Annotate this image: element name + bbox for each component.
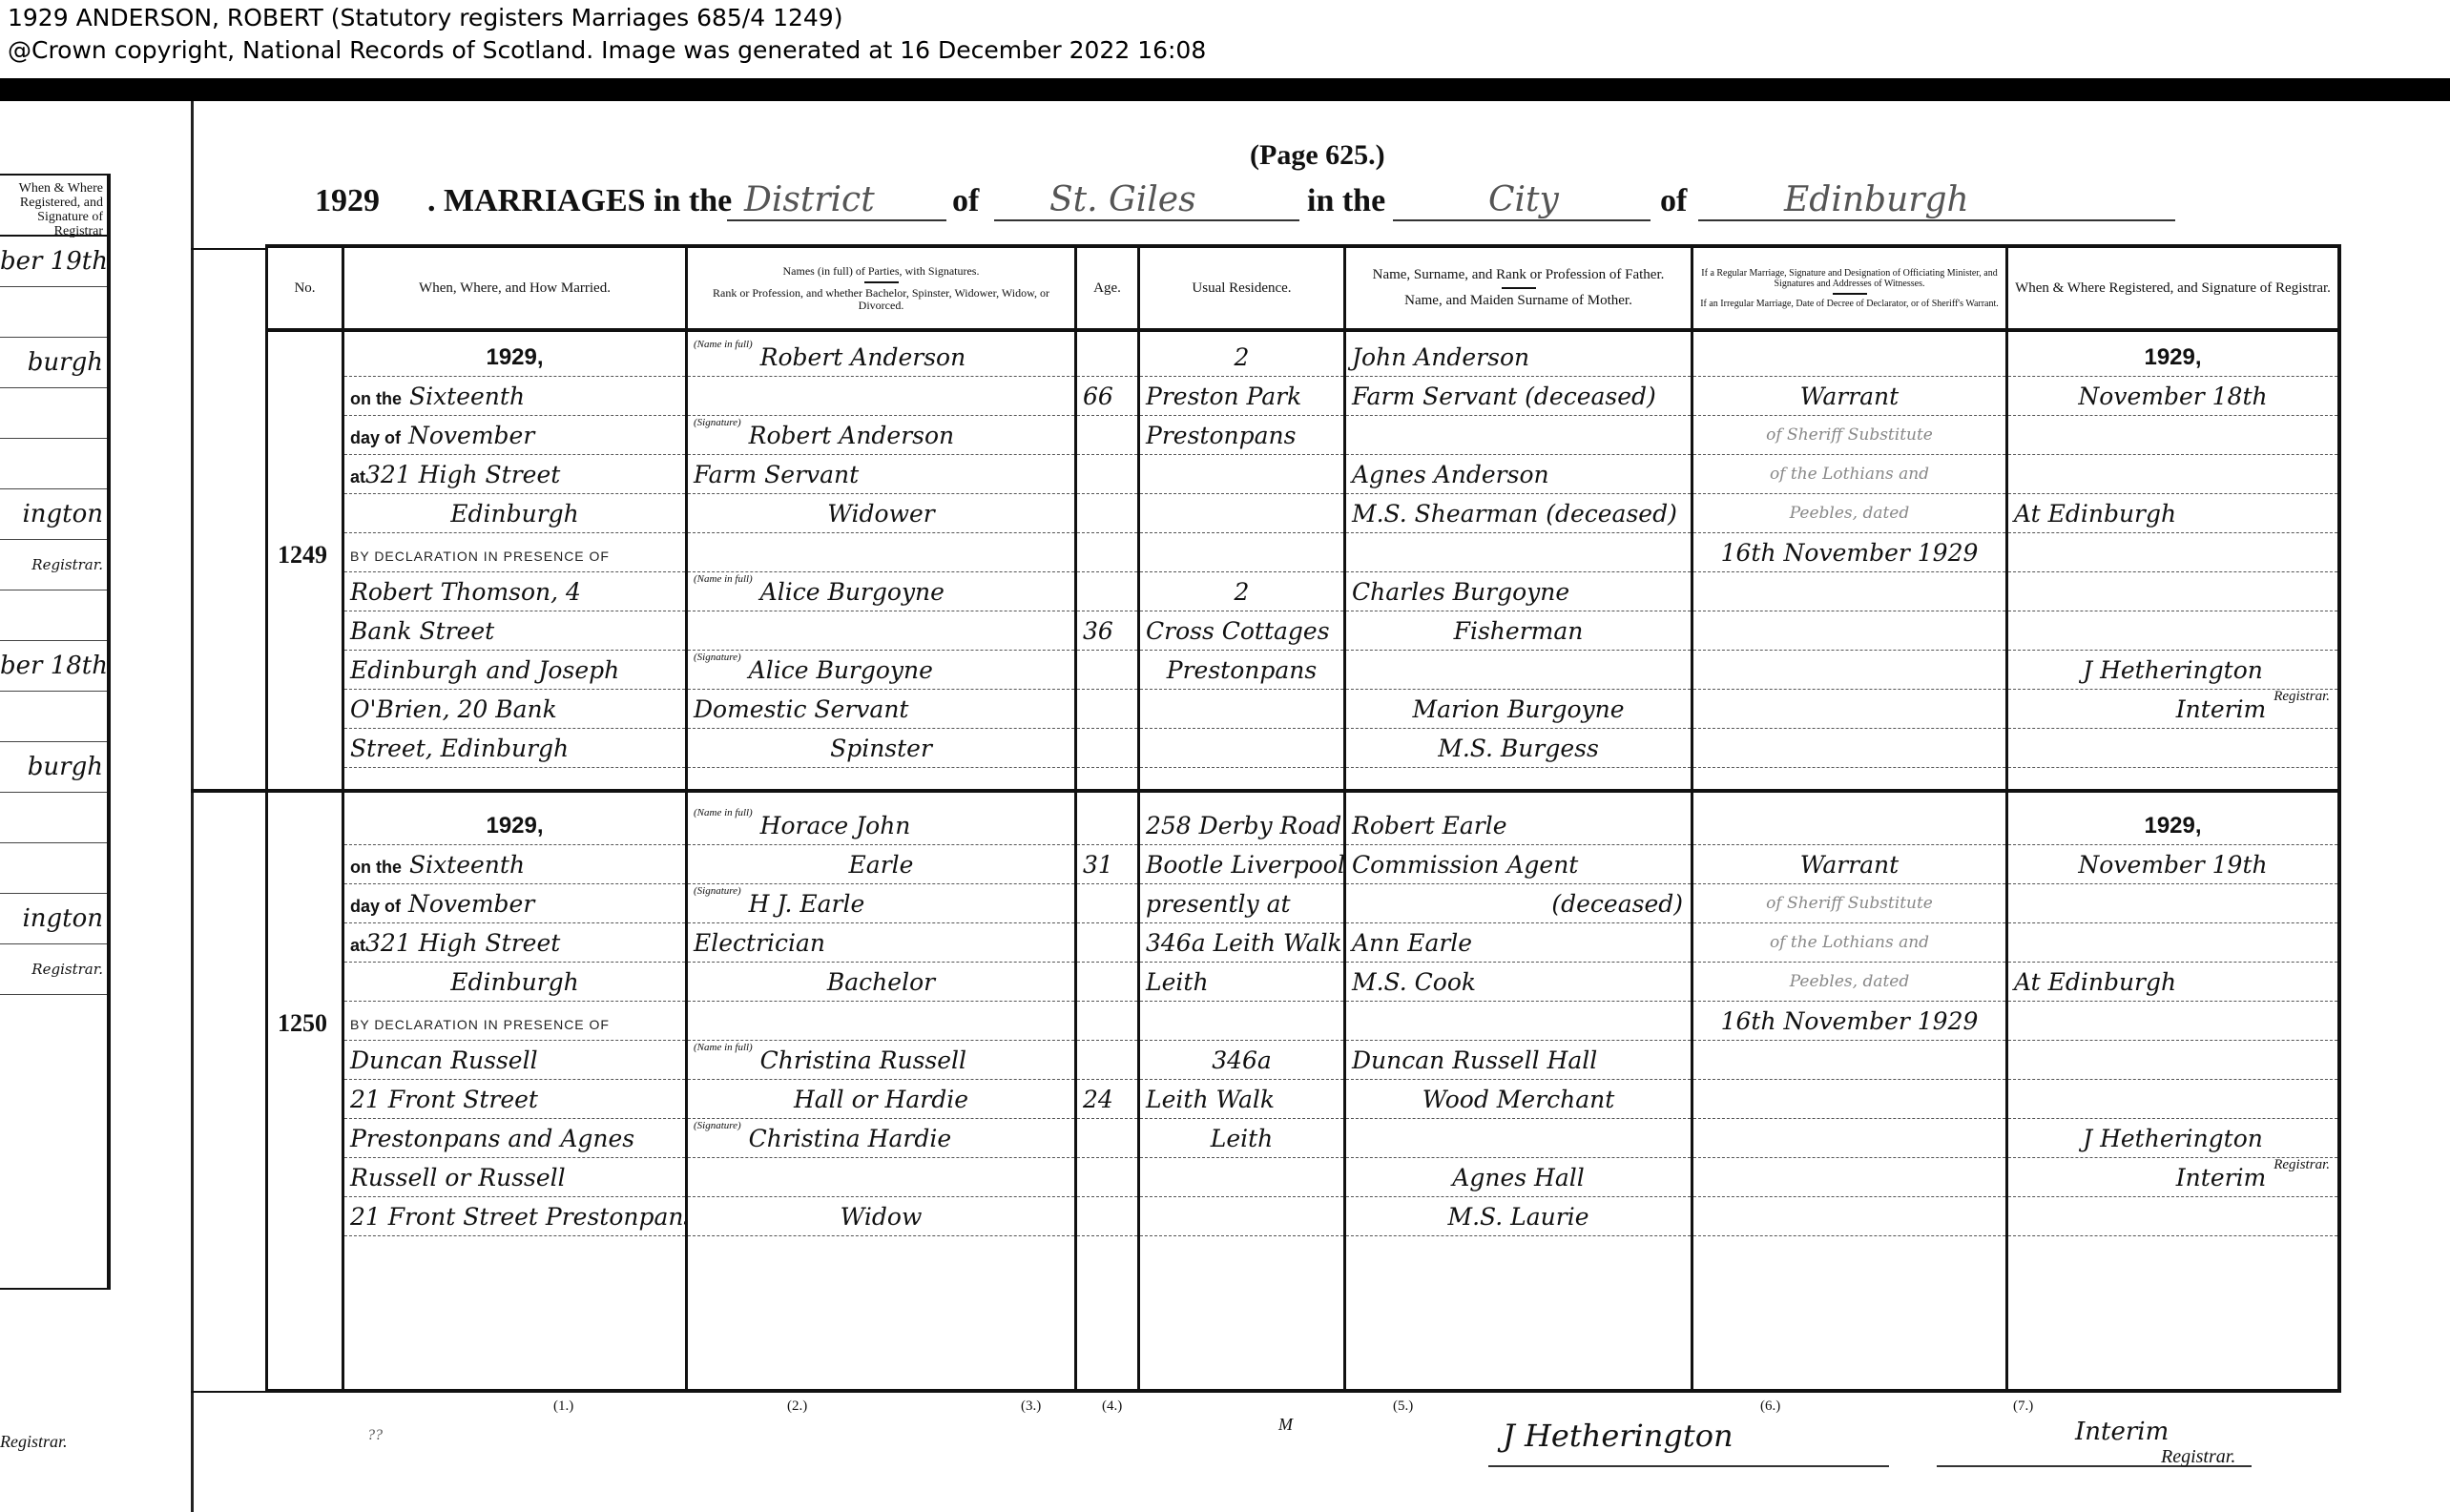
column-number: (3.): [1021, 1398, 1041, 1415]
groom-name: (Name in full) Robert Anderson: [688, 338, 1074, 377]
bride-mother: Marion Burgoyne: [1346, 690, 1691, 729]
col-no: No.: [265, 248, 342, 1389]
blank-line: [1693, 338, 2005, 377]
marriage-place: at321 High Street: [344, 923, 685, 963]
groom-signature: (Signature) H J. Earle: [688, 884, 1074, 923]
heading-text: . MARRIAGES in the: [427, 183, 732, 219]
blank-line: [2008, 729, 2337, 768]
marriage-place: at321 High Street: [344, 455, 685, 494]
underline: [1698, 219, 2175, 221]
heading-year: 1929: [315, 183, 380, 219]
registrar-title: Interim Registrar.: [2008, 690, 2337, 729]
bride-status: Spinster: [688, 729, 1074, 768]
bride-residence-line: Cross Cottages: [1140, 611, 1343, 651]
entry-number: 1250: [265, 1009, 340, 1038]
blank-line: [2008, 611, 2337, 651]
blank-line: [2008, 572, 2337, 611]
registrar-signature: J Hetherington: [2008, 651, 2337, 690]
groom-age: 31: [1077, 845, 1137, 884]
header-residence: Usual Residence.: [1140, 248, 1343, 332]
witness-line: Russell or Russell: [344, 1158, 685, 1197]
blank-line: [1693, 690, 2005, 729]
groom-father: John Anderson: [1346, 338, 1691, 377]
groom-residence-line: [1140, 455, 1343, 494]
blank-line: [1077, 884, 1137, 923]
warrant-line: of Sheriff Substitute: [1693, 416, 2005, 455]
bride-name-cont: Hall or Hardie: [688, 1080, 1074, 1119]
header-age: Age.: [1077, 248, 1137, 332]
witness-line: O'Brien, 20 Bank: [344, 690, 685, 729]
blank-line: [1077, 806, 1137, 845]
previous-page-line: ington: [0, 489, 107, 540]
header-regular-irregular: If a Regular Marriage, Signature and Des…: [1693, 248, 2005, 332]
col-registered: When & Where Registered, and Signature o…: [2005, 248, 2337, 1389]
groom-rank: Farm Servant: [688, 455, 1074, 494]
in-the-label: in the: [1307, 183, 1385, 219]
groom-mother: Ann Earle: [1346, 923, 1691, 963]
blank-line: [2008, 1080, 2337, 1119]
groom-signature: (Signature) Robert Anderson: [688, 416, 1074, 455]
bride-residence-line: Leith: [1140, 1119, 1343, 1158]
header-when-where: When, Where, and How Married.: [344, 248, 685, 332]
warrant-date: 16th November 1929: [1693, 533, 2005, 572]
col-parents: Name, Surname, and Rank or Profession of…: [1343, 248, 1691, 1389]
groom-residence-line: Leith: [1140, 963, 1343, 1002]
margin-mark: ??: [367, 1427, 383, 1444]
blank-line: [1077, 729, 1137, 768]
blank-line: [1077, 1119, 1137, 1158]
bride-residence-line: [1140, 1197, 1343, 1236]
blank-line: [1346, 533, 1691, 572]
blank-line: [1693, 611, 2005, 651]
marriage-year: 1929,: [344, 806, 685, 845]
marriage-town: Edinburgh: [344, 494, 685, 533]
entry-separator: [191, 789, 2337, 793]
bride-name: (Name in full) Alice Burgoyne: [688, 572, 1074, 611]
of-label-2: of: [1660, 183, 1687, 219]
column-number: (6.): [1760, 1398, 1780, 1415]
groom-mother: Agnes Anderson: [1346, 455, 1691, 494]
registrar-signature: J Hetherington: [1503, 1418, 1734, 1454]
col-names: Names (in full) of Parties, with Signatu…: [685, 248, 1074, 1389]
bride-mother-maiden: M.S. Burgess: [1346, 729, 1691, 768]
blank-line: [1077, 651, 1137, 690]
registrar-label: Registrar.: [2161, 1446, 2235, 1468]
previous-page-line: burgh: [0, 742, 107, 793]
scan-border: [0, 78, 2450, 101]
groom-residence-line: 258 Derby Road: [1140, 806, 1343, 845]
blank-line: [1077, 416, 1137, 455]
bride-father: Charles Burgoyne: [1346, 572, 1691, 611]
groom-status: Bachelor: [688, 963, 1074, 1002]
district-type: District: [744, 180, 875, 219]
groom-name-cont: Earle: [688, 845, 1074, 884]
copyright-notice: @Crown copyright, National Records of Sc…: [8, 36, 1206, 64]
witness-line: 21 Front Street: [344, 1080, 685, 1119]
blank-line: [1346, 1002, 1691, 1041]
blank-line: [2008, 455, 2337, 494]
previous-page-line: [0, 843, 107, 894]
bride-mother-maiden: M.S. Laurie: [1346, 1197, 1691, 1236]
witness-line: Robert Thomson, 4: [344, 572, 685, 611]
record-title: 1929 ANDERSON, ROBERT (Statutory registe…: [8, 4, 842, 31]
witness-line: 21 Front Street Prestonpans: [344, 1197, 685, 1236]
groom-residence-line: [1140, 494, 1343, 533]
blank-line: [1693, 1158, 2005, 1197]
witness-line: Duncan Russell: [344, 1041, 685, 1080]
signature-line: [1488, 1465, 1889, 1467]
marriage-town: Edinburgh: [344, 963, 685, 1002]
blank-line: [2008, 1002, 2337, 1041]
registrar-signature: J Hetherington: [2008, 1119, 2337, 1158]
previous-page-line: [0, 692, 107, 742]
column-number: (7.): [2013, 1398, 2033, 1415]
marriage-day: on the Sixteenth: [344, 377, 685, 416]
blank-line: [1140, 533, 1343, 572]
groom-father-note: (deceased): [1346, 884, 1691, 923]
registration-date: November 19th: [2008, 845, 2337, 884]
witness-line: Prestonpans and Agnes: [344, 1119, 685, 1158]
blank-line: [1077, 1197, 1137, 1236]
warrant-line: Warrant: [1693, 377, 2005, 416]
bride-father-rank: Fisherman: [1346, 611, 1691, 651]
blank-line: [2008, 884, 2337, 923]
blank-line: [1077, 1002, 1137, 1041]
blank-line: [1077, 494, 1137, 533]
col-residence: Usual Residence. 2Preston ParkPrestonpan…: [1137, 248, 1343, 1389]
groom-rank: Electrician: [688, 923, 1074, 963]
bride-signature: (Signature) Alice Burgoyne: [688, 651, 1074, 690]
witness-line: Street, Edinburgh: [344, 729, 685, 768]
bride-signature: (Signature) Christina Hardie: [688, 1119, 1074, 1158]
col-regular-irregular: If a Regular Marriage, Signature and Des…: [1691, 248, 2005, 1389]
bride-residence-line: 346a: [1140, 1041, 1343, 1080]
area-type: City: [1488, 180, 1559, 219]
blank-line: [1077, 338, 1137, 377]
blank-line: [1077, 690, 1137, 729]
entry-number: 1249: [265, 541, 340, 570]
previous-page-registrar: Registrar.: [0, 1432, 68, 1452]
bride-father: Duncan Russell Hall: [1346, 1041, 1691, 1080]
header-parents: Name, Surname, and Rank or Profession of…: [1346, 248, 1691, 332]
area-name: Edinburgh: [1784, 180, 1969, 219]
bride-rank: Domestic Servant: [688, 690, 1074, 729]
warrant-line: Warrant: [1693, 845, 2005, 884]
blank-line: [1077, 1041, 1137, 1080]
bride-status: Widow: [688, 1197, 1074, 1236]
column-number: (2.): [787, 1398, 807, 1415]
bride-mother: Agnes Hall: [1346, 1158, 1691, 1197]
blank-line: [1077, 572, 1137, 611]
header-no: No.: [268, 248, 342, 332]
marriage-month: day of November: [344, 416, 685, 455]
blank-line: [1077, 923, 1137, 963]
bride-age: 36: [1077, 611, 1137, 651]
previous-page-line: ber 18th: [0, 641, 107, 692]
blank-line: [1693, 651, 2005, 690]
marriage-year: 1929,: [344, 338, 685, 377]
declaration-label: BY DECLARATION IN PRESENCE OF: [344, 533, 685, 572]
groom-mother-maiden: M.S. Cook: [1346, 963, 1691, 1002]
blank-line: [688, 1002, 1074, 1041]
blank-line: [2008, 1197, 2337, 1236]
warrant-line: Peebles, dated: [1693, 494, 2005, 533]
warrant-line: of the Lothians and: [1693, 923, 2005, 963]
blank-line: [688, 533, 1074, 572]
previous-page-line: [0, 793, 107, 843]
page-number: (Page 625.): [1250, 139, 1385, 172]
margin-initial: M: [1278, 1415, 1293, 1435]
underline: [727, 219, 946, 221]
col-age: Age. 66363124: [1074, 248, 1137, 1389]
register-page: (Page 625.) 1929 . MARRIAGES in the Dist…: [191, 101, 2450, 1512]
blank-line: [1346, 651, 1691, 690]
declaration-label: BY DECLARATION IN PRESENCE OF: [344, 1002, 685, 1041]
groom-residence-line: Bootle Liverpool: [1140, 845, 1343, 884]
previous-page-line: Registrar.: [0, 540, 107, 590]
bride-name-cont: [688, 611, 1074, 651]
witness-line: Edinburgh and Joseph: [344, 651, 685, 690]
registration-year: 1929,: [2008, 338, 2337, 377]
blank-line: [1077, 963, 1137, 1002]
bride-residence-line: Prestonpans: [1140, 651, 1343, 690]
previous-page-header: When & Where Registered, and Signature o…: [0, 176, 107, 237]
blank-line: [2008, 923, 2337, 963]
district-name: St. Giles: [1049, 180, 1196, 219]
register-margin: [191, 248, 268, 1393]
blank-line: [1693, 1119, 2005, 1158]
bride-residence-line: Leith Walk: [1140, 1080, 1343, 1119]
blank-line: [1693, 1197, 2005, 1236]
bride-residence-line: [1140, 729, 1343, 768]
groom-father-note: [1346, 416, 1691, 455]
warrant-date: 16th November 1929: [1693, 1002, 2005, 1041]
previous-page-line: Registrar.: [0, 944, 107, 995]
registration-year: 1929,: [2008, 806, 2337, 845]
registrar-title: Interim Registrar.: [2008, 1158, 2337, 1197]
previous-page-line: [0, 388, 107, 439]
register-heading: 1929 . MARRIAGES in the District of St. …: [315, 177, 2414, 225]
marriage-day: on the Sixteenth: [344, 845, 685, 884]
groom-mother-maiden: M.S. Shearman (deceased): [1346, 494, 1691, 533]
groom-residence-line: Preston Park: [1140, 377, 1343, 416]
warrant-line: of Sheriff Substitute: [1693, 884, 2005, 923]
groom-residence-line: 346a Leith Walk: [1140, 923, 1343, 963]
column-number: (1.): [553, 1398, 573, 1415]
groom-name-cont: [688, 377, 1074, 416]
warrant-line: of the Lothians and: [1693, 455, 2005, 494]
previous-page-strip: When & Where Registered, and Signature o…: [0, 101, 189, 1512]
groom-residence-line: 2: [1140, 338, 1343, 377]
bride-name: (Name in full) Christina Russell: [688, 1041, 1074, 1080]
groom-residence-line: Prestonpans: [1140, 416, 1343, 455]
groom-status: Widower: [688, 494, 1074, 533]
previous-page-line: [0, 439, 107, 489]
blank-line: [1077, 1158, 1137, 1197]
previous-page-line: [0, 590, 107, 641]
blank-line: [2008, 1041, 2337, 1080]
groom-father-rank: Commission Agent: [1346, 845, 1691, 884]
marriage-month: day of November: [344, 884, 685, 923]
registrar-title: Interim: [2075, 1418, 2169, 1446]
registration-place: At Edinburgh: [2008, 963, 2337, 1002]
header-registered: When & Where Registered, and Signature o…: [2008, 248, 2337, 332]
blank-line: [1693, 1041, 2005, 1080]
groom-name: (Name in full) Horace John: [688, 806, 1074, 845]
previous-page-line: ington: [0, 894, 107, 944]
marriage-register-table: No. When, Where, and How Married. 1929,o…: [265, 244, 2341, 1393]
registration-place: At Edinburgh: [2008, 494, 2337, 533]
groom-residence-line: presently at: [1140, 884, 1343, 923]
blank-line: [1077, 455, 1137, 494]
column-number: (5.): [1393, 1398, 1413, 1415]
blank-line: [2008, 416, 2337, 455]
previous-page-line: ber 19th: [0, 237, 107, 287]
blank-line: [1140, 1002, 1343, 1041]
blank-line: [1077, 533, 1137, 572]
blank-line: [1693, 806, 2005, 845]
registration-date: November 18th: [2008, 377, 2337, 416]
bride-residence-line: 2: [1140, 572, 1343, 611]
of-label: of: [952, 183, 979, 219]
col-when-where: When, Where, and How Married. 1929,on th…: [342, 248, 685, 1389]
blank-line: [1346, 1119, 1691, 1158]
blank-line: [1693, 1080, 2005, 1119]
blank-line: [1693, 729, 2005, 768]
bride-age: 24: [1077, 1080, 1137, 1119]
groom-age: 66: [1077, 377, 1137, 416]
underline: [1393, 219, 1651, 221]
column-number: (4.): [1102, 1398, 1122, 1415]
groom-father-rank: Farm Servant (deceased): [1346, 377, 1691, 416]
previous-page-line: [0, 287, 107, 338]
groom-father: Robert Earle: [1346, 806, 1691, 845]
witness-line: Bank Street: [344, 611, 685, 651]
blank-line: [2008, 533, 2337, 572]
warrant-line: Peebles, dated: [1693, 963, 2005, 1002]
underline: [994, 219, 1299, 221]
blank-line: [1693, 572, 2005, 611]
bride-rank: [688, 1158, 1074, 1197]
bride-residence-line: [1140, 1158, 1343, 1197]
previous-page-table: When & Where Registered, and Signature o…: [0, 174, 111, 1290]
bride-father-rank: Wood Merchant: [1346, 1080, 1691, 1119]
previous-page-line: burgh: [0, 338, 107, 388]
bride-residence-line: [1140, 690, 1343, 729]
header-names: Names (in full) of Parties, with Signatu…: [688, 248, 1074, 332]
